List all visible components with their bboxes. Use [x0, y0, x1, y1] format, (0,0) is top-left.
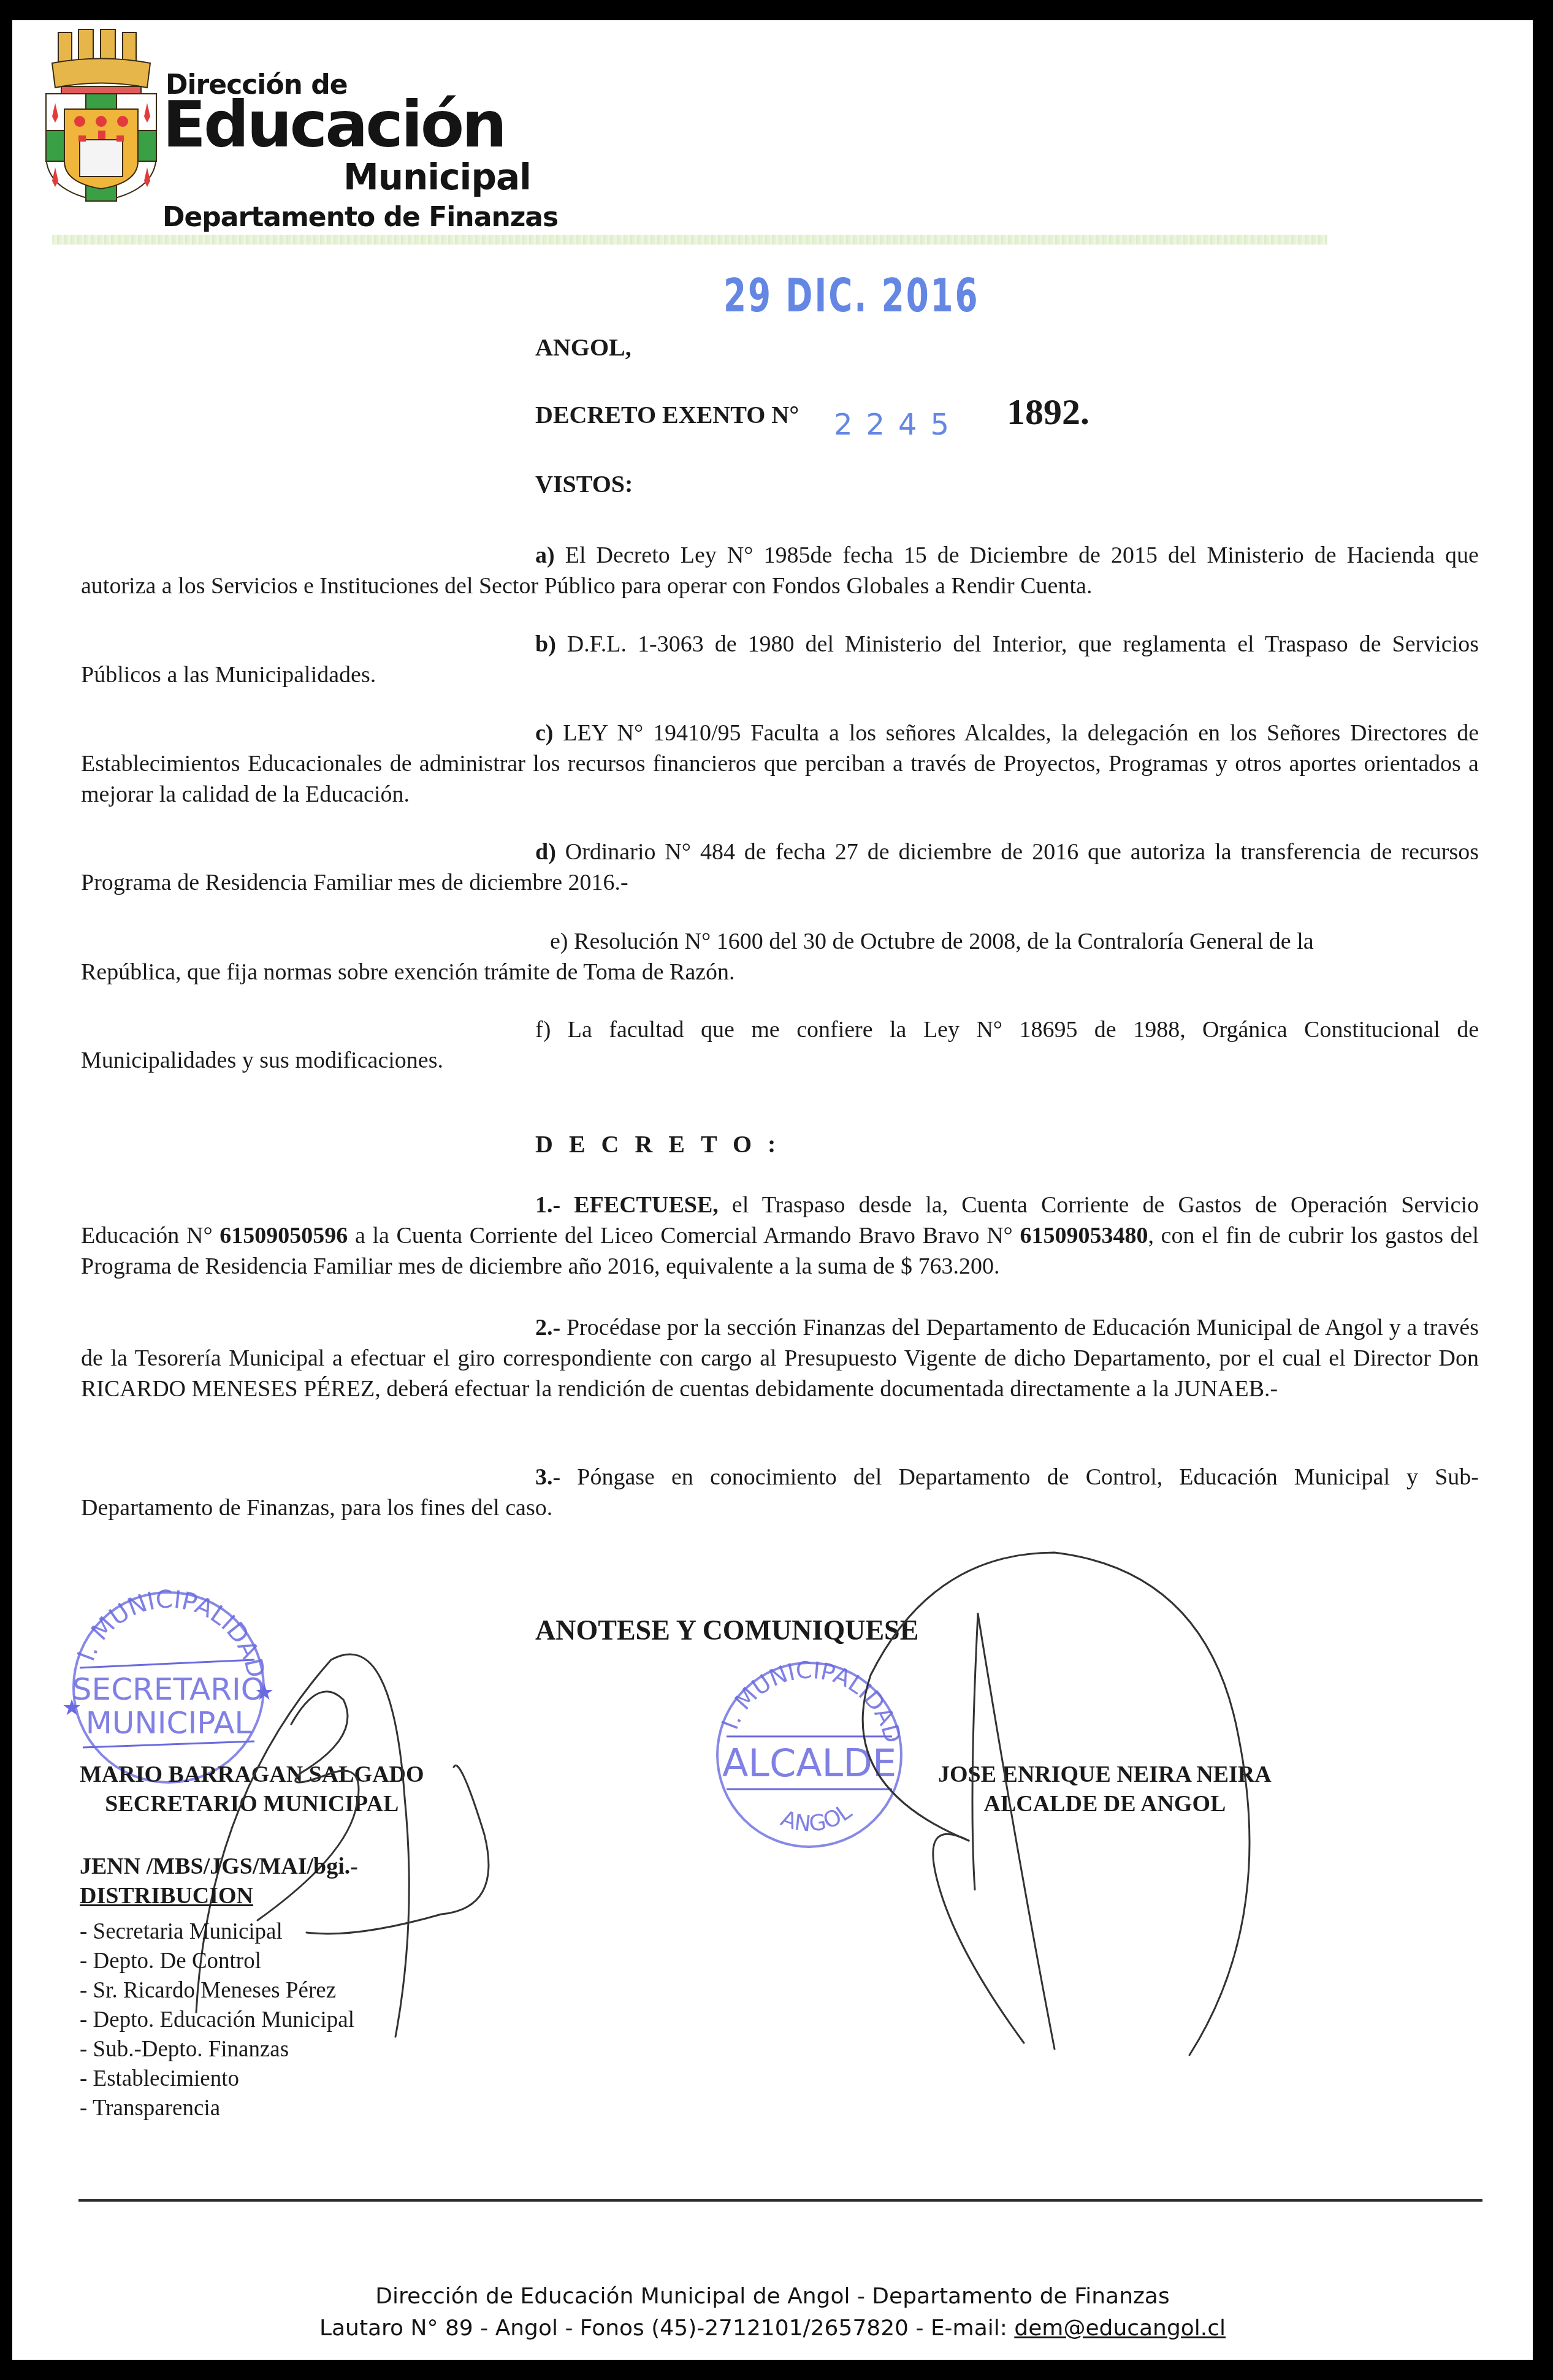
distribution-item: - Depto. De Control — [80, 1947, 354, 1976]
document-page: Dirección de Educación Municipal Departa… — [12, 20, 1533, 2360]
distribution-title: DISTRIBUCION — [80, 1882, 253, 1909]
footer-contact-line: Lautaro N° 89 - Angol - Fonos (45)-27121… — [12, 2316, 1533, 2341]
distribution-item: - Transparencia — [80, 2094, 354, 2123]
reference-initials: JENN /MBS/JGS/MAI/bgi.- — [80, 1853, 358, 1880]
distribution-item: - Establecimiento — [80, 2064, 354, 2094]
footer-divider — [78, 2199, 1482, 2202]
footer-address: Lautaro N° 89 - Angol - Fonos (45)-27121… — [319, 2316, 1014, 2341]
distribution-item: - Depto. Educación Municipal — [80, 2006, 354, 2035]
distribution-list: - Secretaria Municipal - Depto. De Contr… — [80, 1917, 354, 2123]
distribution-item: - Sub.-Depto. Finanzas — [80, 2035, 354, 2064]
distribution-item: - Sr. Ricardo Meneses Pérez — [80, 1976, 354, 2006]
footer-org-line: Dirección de Educación Municipal de Ango… — [12, 2284, 1533, 2309]
footer-email-link[interactable]: dem@educangol.cl — [1014, 2316, 1226, 2341]
distribution-item: - Secretaria Municipal — [80, 1917, 354, 1947]
